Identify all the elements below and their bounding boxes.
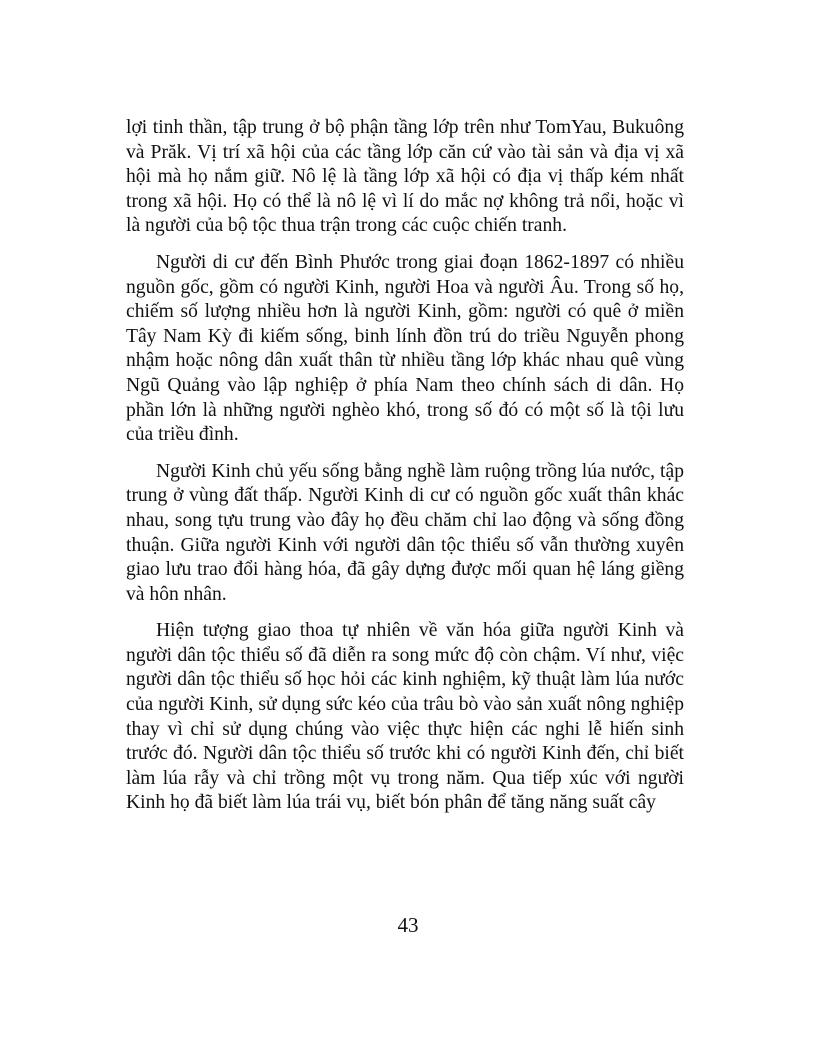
page-number: 43 <box>0 913 816 938</box>
paragraph-cultural-exchange: Hiện tượng giao thoa tự nhiên về văn hóa… <box>126 619 684 816</box>
paragraph-kinh-livelihood: Người Kinh chủ yếu sống bằng nghề làm ru… <box>126 460 684 608</box>
paragraph-migrants-origins: Người di cư đến Bình Phước trong giai đo… <box>126 251 684 448</box>
paragraph-social-classes: lợi tinh thần, tập trung ở bộ phận tầng … <box>126 116 684 239</box>
document-page-body: lợi tinh thần, tập trung ở bộ phận tầng … <box>126 116 684 828</box>
